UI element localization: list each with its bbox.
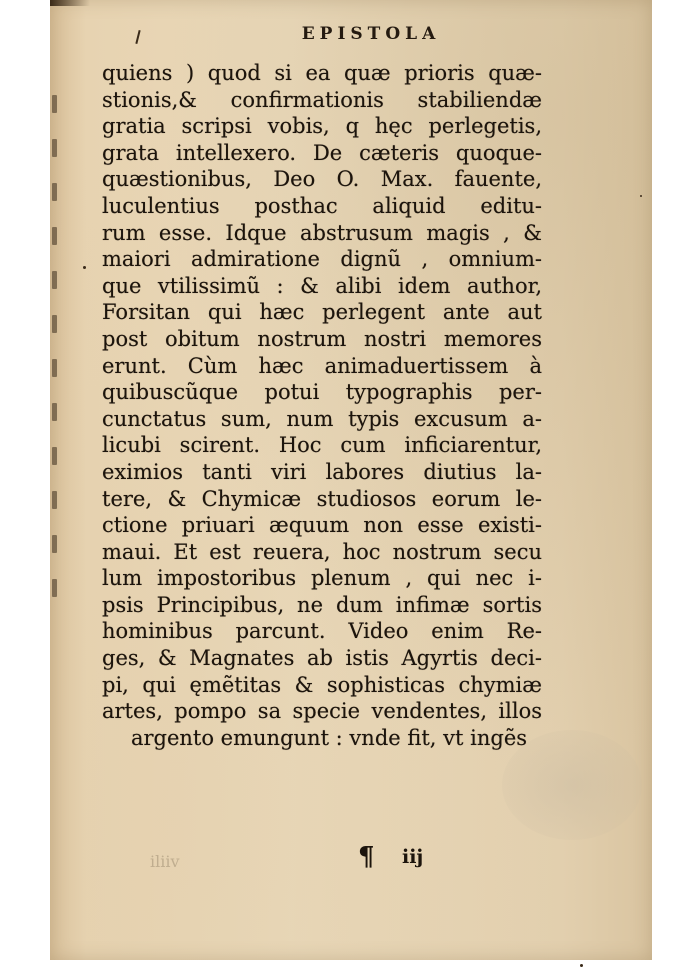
text-line: gratia scripsi vobis, q hęc perlegetis, xyxy=(102,113,542,140)
text-line: ctione priuari æquum non esse existi- xyxy=(102,512,542,539)
text-line: psis Principibus, ne dum infimæ sortis xyxy=(102,592,542,619)
text-line: maiori admiratione dignũ , omnium- xyxy=(102,246,542,273)
text-line: quibuscũque potui typographis per- xyxy=(102,379,542,406)
text-line: post obitum nostrum nostri memores xyxy=(102,326,542,353)
text-line: argento emungunt : vnde fit, vt ingẽs xyxy=(102,725,542,752)
text-line: licubi scirent. Hoc cum inficiarentur, xyxy=(102,432,542,459)
text-line: hominibus parcunt. Video enim Re- xyxy=(102,618,542,645)
folio-number: iij xyxy=(402,846,423,868)
ink-speck xyxy=(83,266,86,269)
text-line: tere, & Chymicæ studiosos eorum le- xyxy=(102,486,542,513)
text-line: luculentius posthac aliquid editu- xyxy=(102,193,542,220)
running-head: EPISTOLA xyxy=(50,24,652,44)
paper-stain xyxy=(502,730,642,840)
book-page: EPISTOLA quiens ) quod si ea quæ prioris… xyxy=(50,0,652,960)
text-line: quiens ) quod si ea quæ prioris quæ- xyxy=(102,60,542,87)
text-line: ges, & Magnates ab istis Agyrtis deci- xyxy=(102,645,542,672)
text-line: Forsitan qui hæc perlegent ante aut xyxy=(102,299,542,326)
gutter-bleed-through xyxy=(52,95,62,635)
text-line: lum impostoribus plenum , qui nec i- xyxy=(102,565,542,592)
text-line: artes, pompo sa specie vendentes, illos xyxy=(102,698,542,725)
text-line: rum esse. Idque abstrusum magis , & xyxy=(102,220,542,247)
text-line: cunctatus sum, num typis excusum a- xyxy=(102,406,542,433)
bleed-through-text: iliiv xyxy=(150,852,180,871)
text-line: que vtilissimũ : & alibi idem author, xyxy=(102,273,542,300)
text-line: maui. Et est reuera, hoc nostrum secu xyxy=(102,539,542,566)
text-line: erunt. Cùm hæc animaduertissem à xyxy=(102,353,542,380)
text-line: grata intellexero. De cæteris quoque- xyxy=(102,140,542,167)
text-line: pi, qui ęmẽtitas & sophisticas chymiæ xyxy=(102,672,542,699)
text-line: stionis,& confirmationis stabiliendæ xyxy=(102,87,542,114)
ink-speck xyxy=(580,964,583,967)
text-line: quæstionibus, Deo O. Max. fauente, xyxy=(102,166,542,193)
text-line: eximios tanti viri labores diutius la- xyxy=(102,459,542,486)
body-text: quiens ) quod si ea quæ prioris quæ- sti… xyxy=(102,60,542,751)
ink-speck xyxy=(640,195,642,197)
page-edge-shadow xyxy=(50,0,90,6)
pilcrow-signature-mark: ¶ xyxy=(358,842,375,872)
